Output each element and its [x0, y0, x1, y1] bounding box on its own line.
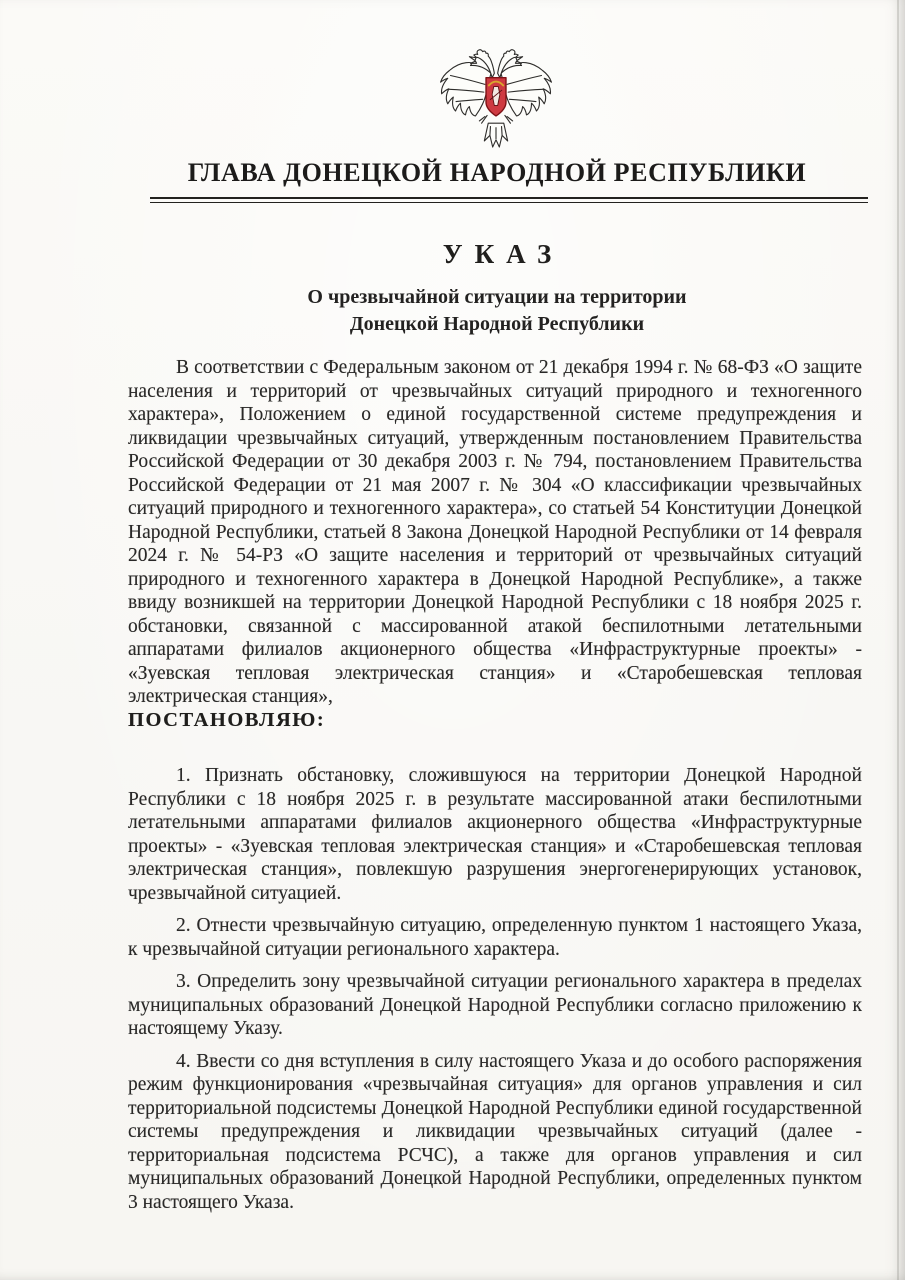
- document-subject: О чрезвычайной ситуации на территории До…: [90, 284, 904, 338]
- document-subject-line1: О чрезвычайной ситуации на территории: [90, 284, 904, 311]
- dpr-double-headed-eagle-emblem: [435, 44, 557, 158]
- resolution-word: ПОСТАНОВЛЯЮ:: [128, 709, 862, 733]
- document-body: В соответствии с Федеральным законом от …: [128, 356, 862, 1223]
- decree-scan-page: ГЛАВА ДОНЕЦКОЙ НАРОДНОЙ РЕСПУБЛИКИ УКАЗ …: [0, 0, 905, 1280]
- decree-item-2: 2. Отнести чрезвычайную ситуацию, опреде…: [128, 914, 862, 961]
- document-subject-line2: Донецкой Народной Республики: [90, 311, 904, 338]
- decree-item-3: 3. Определить зону чрезвычайной ситуации…: [128, 970, 862, 1041]
- preamble-paragraph: В соответствии с Федеральным законом от …: [128, 356, 862, 709]
- issuing-authority-title: ГЛАВА ДОНЕЦКОЙ НАРОДНОЙ РЕСПУБЛИКИ: [90, 158, 904, 188]
- document-type-heading: УКАЗ: [90, 239, 904, 269]
- decree-item-1: 1. Признать обстановку, сложившуюся на т…: [128, 764, 862, 905]
- header-divider: [150, 197, 868, 203]
- decree-item-4: 4. Ввести со дня вступления в силу насто…: [128, 1050, 862, 1215]
